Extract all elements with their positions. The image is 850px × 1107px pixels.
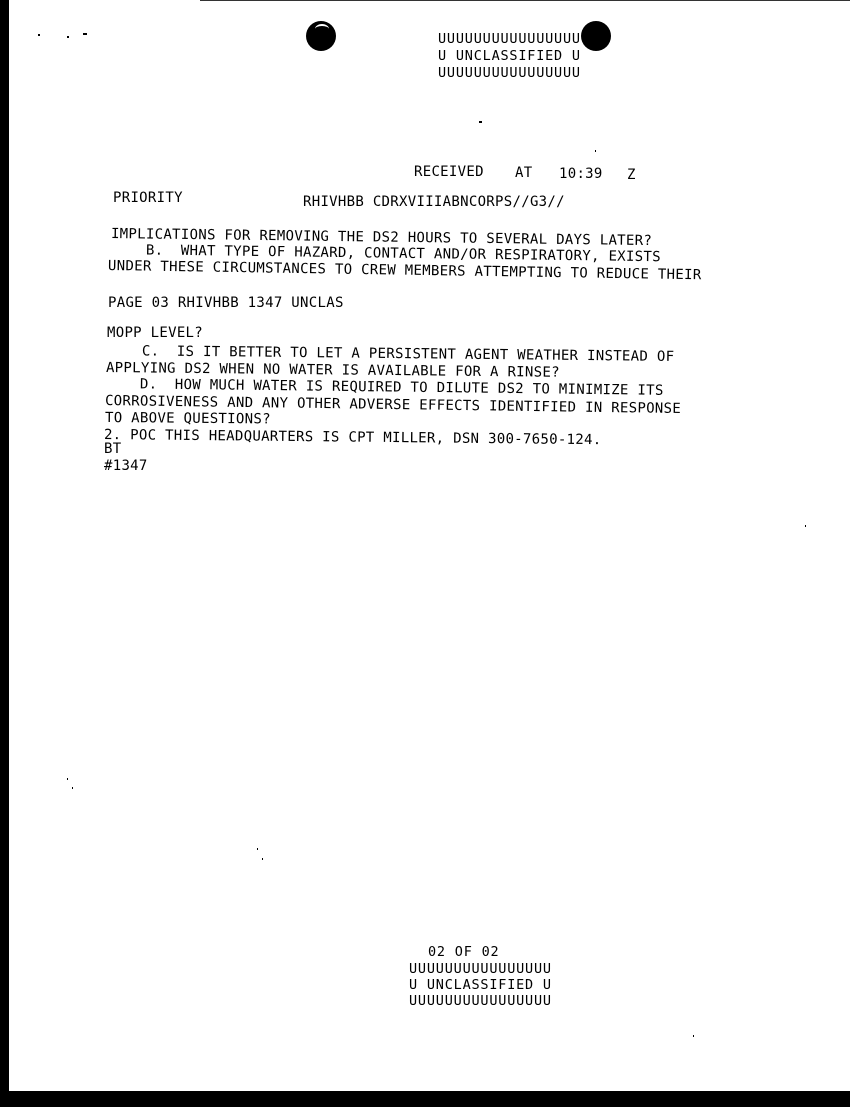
punch-hole-icon [581,21,611,51]
scan-speck [38,34,40,36]
break-marker: BT [104,441,121,457]
body-line: TO ABOVE QUESTIONS? [105,410,271,427]
message-number: #1347 [104,458,148,474]
received-at: AT [515,165,532,181]
scan-speck [595,150,596,152]
banner-classification: U UNCLASSIFIED U [409,977,552,993]
precedence: PRIORITY [113,190,183,206]
scan-bottom-border [0,1091,850,1107]
received-zone: Z [627,167,636,183]
body-line: MOPP LEVEL? [107,325,203,341]
received-time: 10:39 [559,166,603,182]
page-count: 02 OF 02 [428,944,499,960]
page-header: PAGE 03 RHIVHBB 1347 UNCLAS [108,295,344,311]
banner-line: UUUUUUUUUUUUUUUU [438,31,581,47]
scan-speck [479,121,482,123]
banner-classification: U UNCLASSIFIED U [438,48,581,64]
banner-line: UUUUUUUUUUUUUUUU [409,993,552,1009]
scan-speck [67,778,68,780]
scan-speck [257,848,258,850]
banner-line: UUUUUUUUUUUUUUUU [438,65,581,81]
scan-speck [693,1035,694,1037]
banner-line: UUUUUUUUUUUUUUUU [409,961,552,977]
scan-left-border [0,0,9,1107]
scan-speck [262,858,263,860]
punch-hole-icon [306,21,336,51]
scan-speck [805,525,806,527]
poc-line: 2. POC THIS HEADQUARTERS IS CPT MILLER, … [104,427,602,448]
scan-speck [72,787,73,789]
scan-speck [83,33,87,35]
received-label: RECEIVED [414,164,484,180]
originator: RHIVHBB CDRXVIIIABNCORPS//G3// [303,194,565,210]
scan-speck [67,36,69,38]
scan-top-edge [200,0,850,1]
